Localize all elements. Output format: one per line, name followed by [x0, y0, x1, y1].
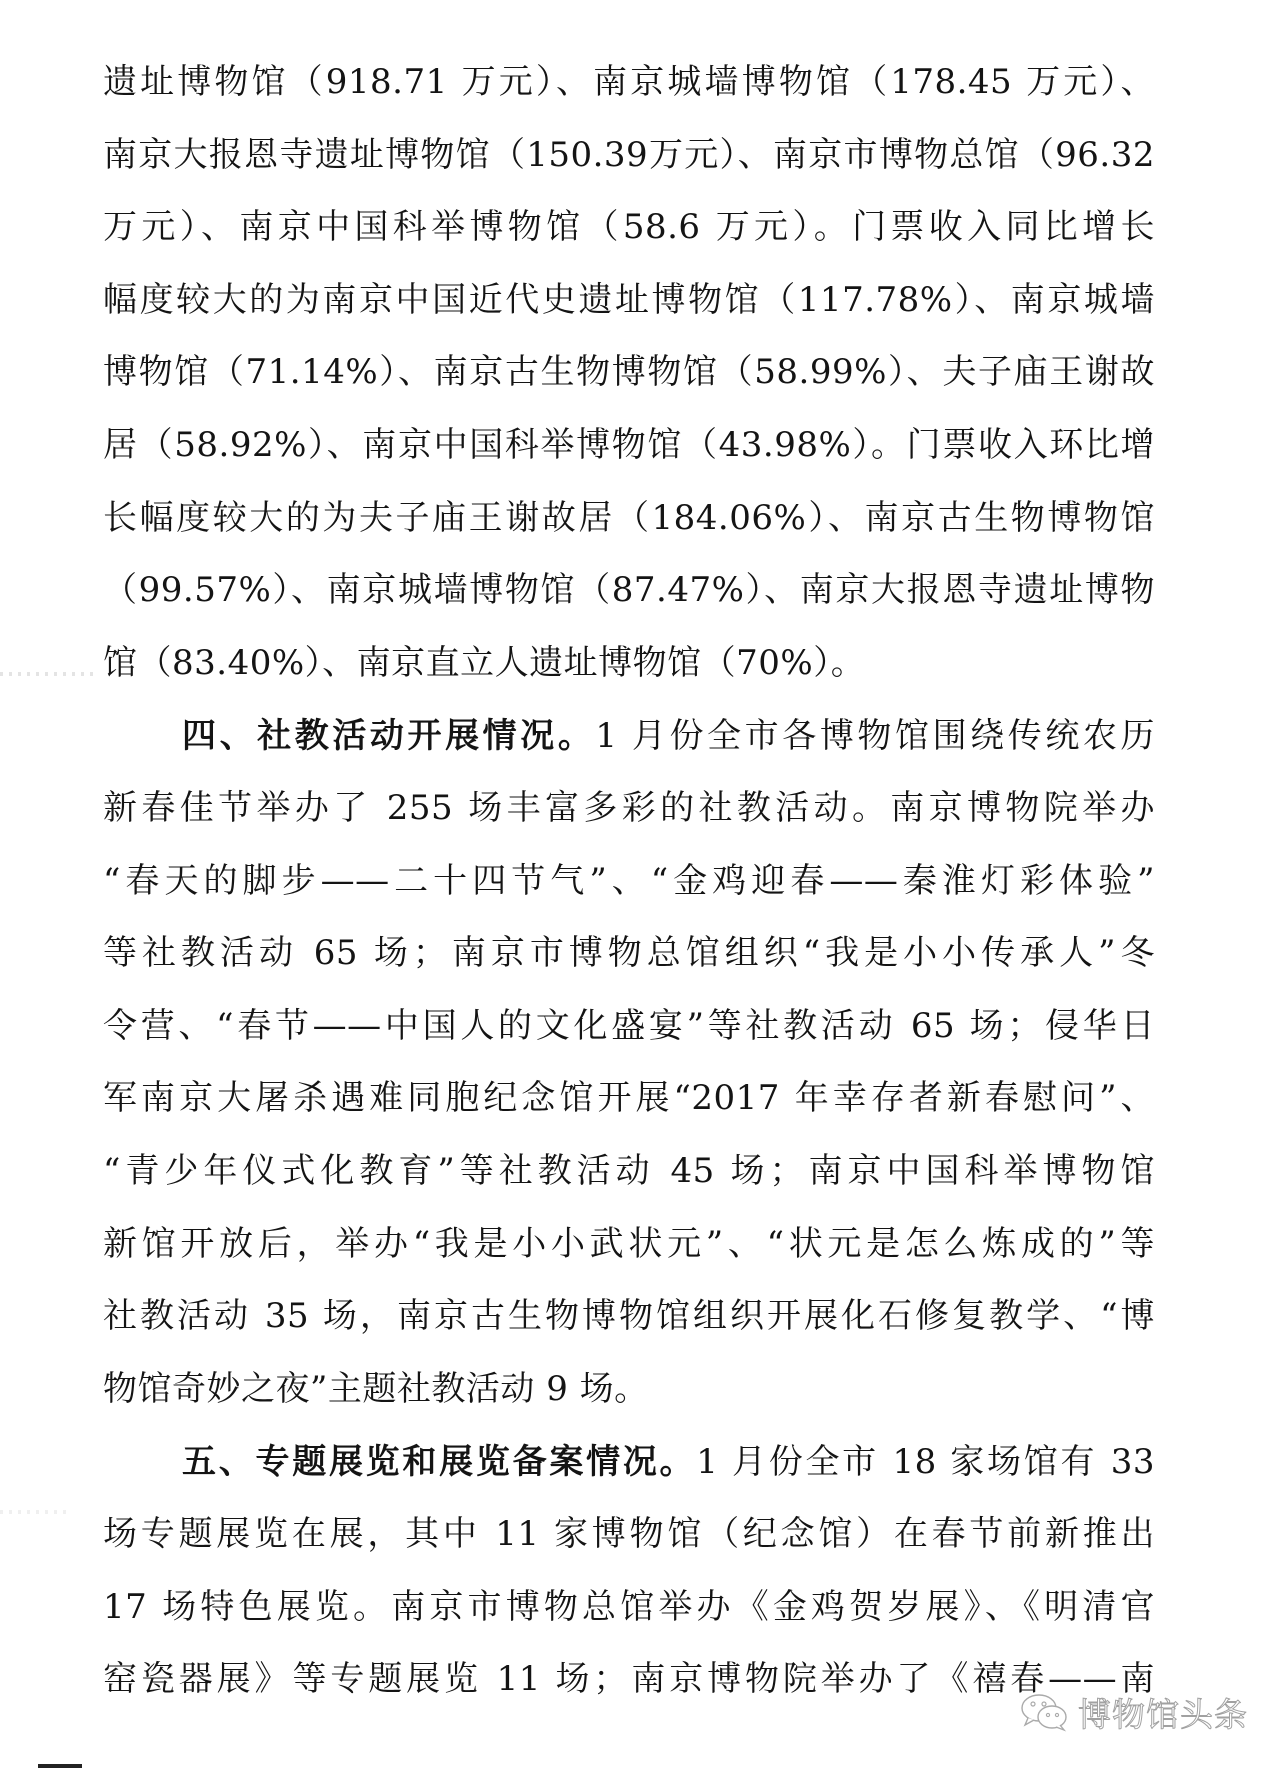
text-line: 馆（83.40%）、南京直立人遗址博物馆（70%）。	[103, 627, 1155, 699]
text-line: 场专题展览在展，其中 11 家博物馆（纪念馆）在春节前新推出	[103, 1498, 1155, 1570]
wechat-icon	[1020, 1692, 1070, 1732]
watermark-text: 博物馆头条	[1078, 1689, 1248, 1736]
text-line: 幅度较大的为南京中国近代史遗址博物馆（117.78%）、南京城墙	[103, 264, 1155, 336]
text-line: 令营、“春节——中国人的文化盛宴”等社教活动 65 场；侵华日	[103, 990, 1155, 1062]
text-line: 遗址博物馆（918.71 万元）、南京城墙博物馆（178.45 万元）、	[103, 46, 1155, 118]
text-line: 军南京大屠杀遇难同胞纪念馆开展“2017 年幸存者新春慰问”、	[103, 1062, 1155, 1134]
text-line: 等社教活动 65 场；南京市博物总馆组织“我是小小传承人”冬	[103, 917, 1155, 989]
text-line: 博物馆（71.14%）、南京古生物博物馆（58.99%）、夫子庙王谢故	[103, 336, 1155, 408]
section-4-heading-line: 四、社教活动开展情况。1 月份全市各博物馆围绕传统农历	[182, 700, 1155, 772]
section-5-heading: 五、专题展览和展览备案情况。	[182, 1442, 696, 1482]
text-line: 物馆奇妙之夜”主题社教活动 9 场。	[103, 1353, 1155, 1425]
text-line: 长幅度较大的为夫子庙王谢故居（184.06%）、南京古生物博物馆	[103, 482, 1155, 554]
scan-noise	[0, 1510, 70, 1514]
text-line: 万元）、南京中国科举博物馆（58.6 万元）。门票收入同比增长	[103, 191, 1155, 263]
text-line: 新馆开放后，举办“我是小小武状元”、“状元是怎么炼成的”等	[103, 1208, 1155, 1280]
text-line: 17 场特色展览。南京市博物总馆举办《金鸡贺岁展》、《明清官	[103, 1571, 1155, 1643]
text-line: 南京大报恩寺遗址博物馆（150.39万元）、南京市博物总馆（96.32	[103, 119, 1155, 191]
section-5-heading-rest: 1 月份全市 18 家场馆有 33	[696, 1442, 1155, 1482]
section-4-heading: 四、社教活动开展情况。	[182, 716, 595, 756]
watermark: 博物馆头条	[1020, 1690, 1248, 1734]
text-line: “青少年仪式化教育”等社教活动 45 场；南京中国科举博物馆	[103, 1135, 1155, 1207]
text-line: （99.57%）、南京城墙博物馆（87.47%）、南京大报恩寺遗址博物	[103, 554, 1155, 626]
scan-noise	[0, 672, 95, 676]
section-4-heading-rest: 1 月份全市各博物馆围绕传统农历	[595, 716, 1155, 756]
text-line: 居（58.92%）、南京中国科举博物馆（43.98%）。门票收入环比增	[103, 409, 1155, 481]
text-line: 社教活动 35 场，南京古生物博物馆组织开展化石修复教学、“博	[103, 1280, 1155, 1352]
text-line: 新春佳节举办了 255 场丰富多彩的社教活动。南京博物院举办	[103, 772, 1155, 844]
scan-edge-mark	[38, 1764, 82, 1768]
scanned-document-page: 遗址博物馆（918.71 万元）、南京城墙博物馆（178.45 万元）、 南京大…	[0, 0, 1280, 1768]
section-5-heading-line: 五、专题展览和展览备案情况。1 月份全市 18 家场馆有 33	[182, 1426, 1155, 1498]
text-line: “春天的脚步——二十四节气”、“金鸡迎春——秦淮灯彩体验”	[103, 845, 1155, 917]
text-line: 窑瓷器展》等专题展览 11 场；南京博物院举办了《禧春——南	[103, 1643, 1155, 1715]
